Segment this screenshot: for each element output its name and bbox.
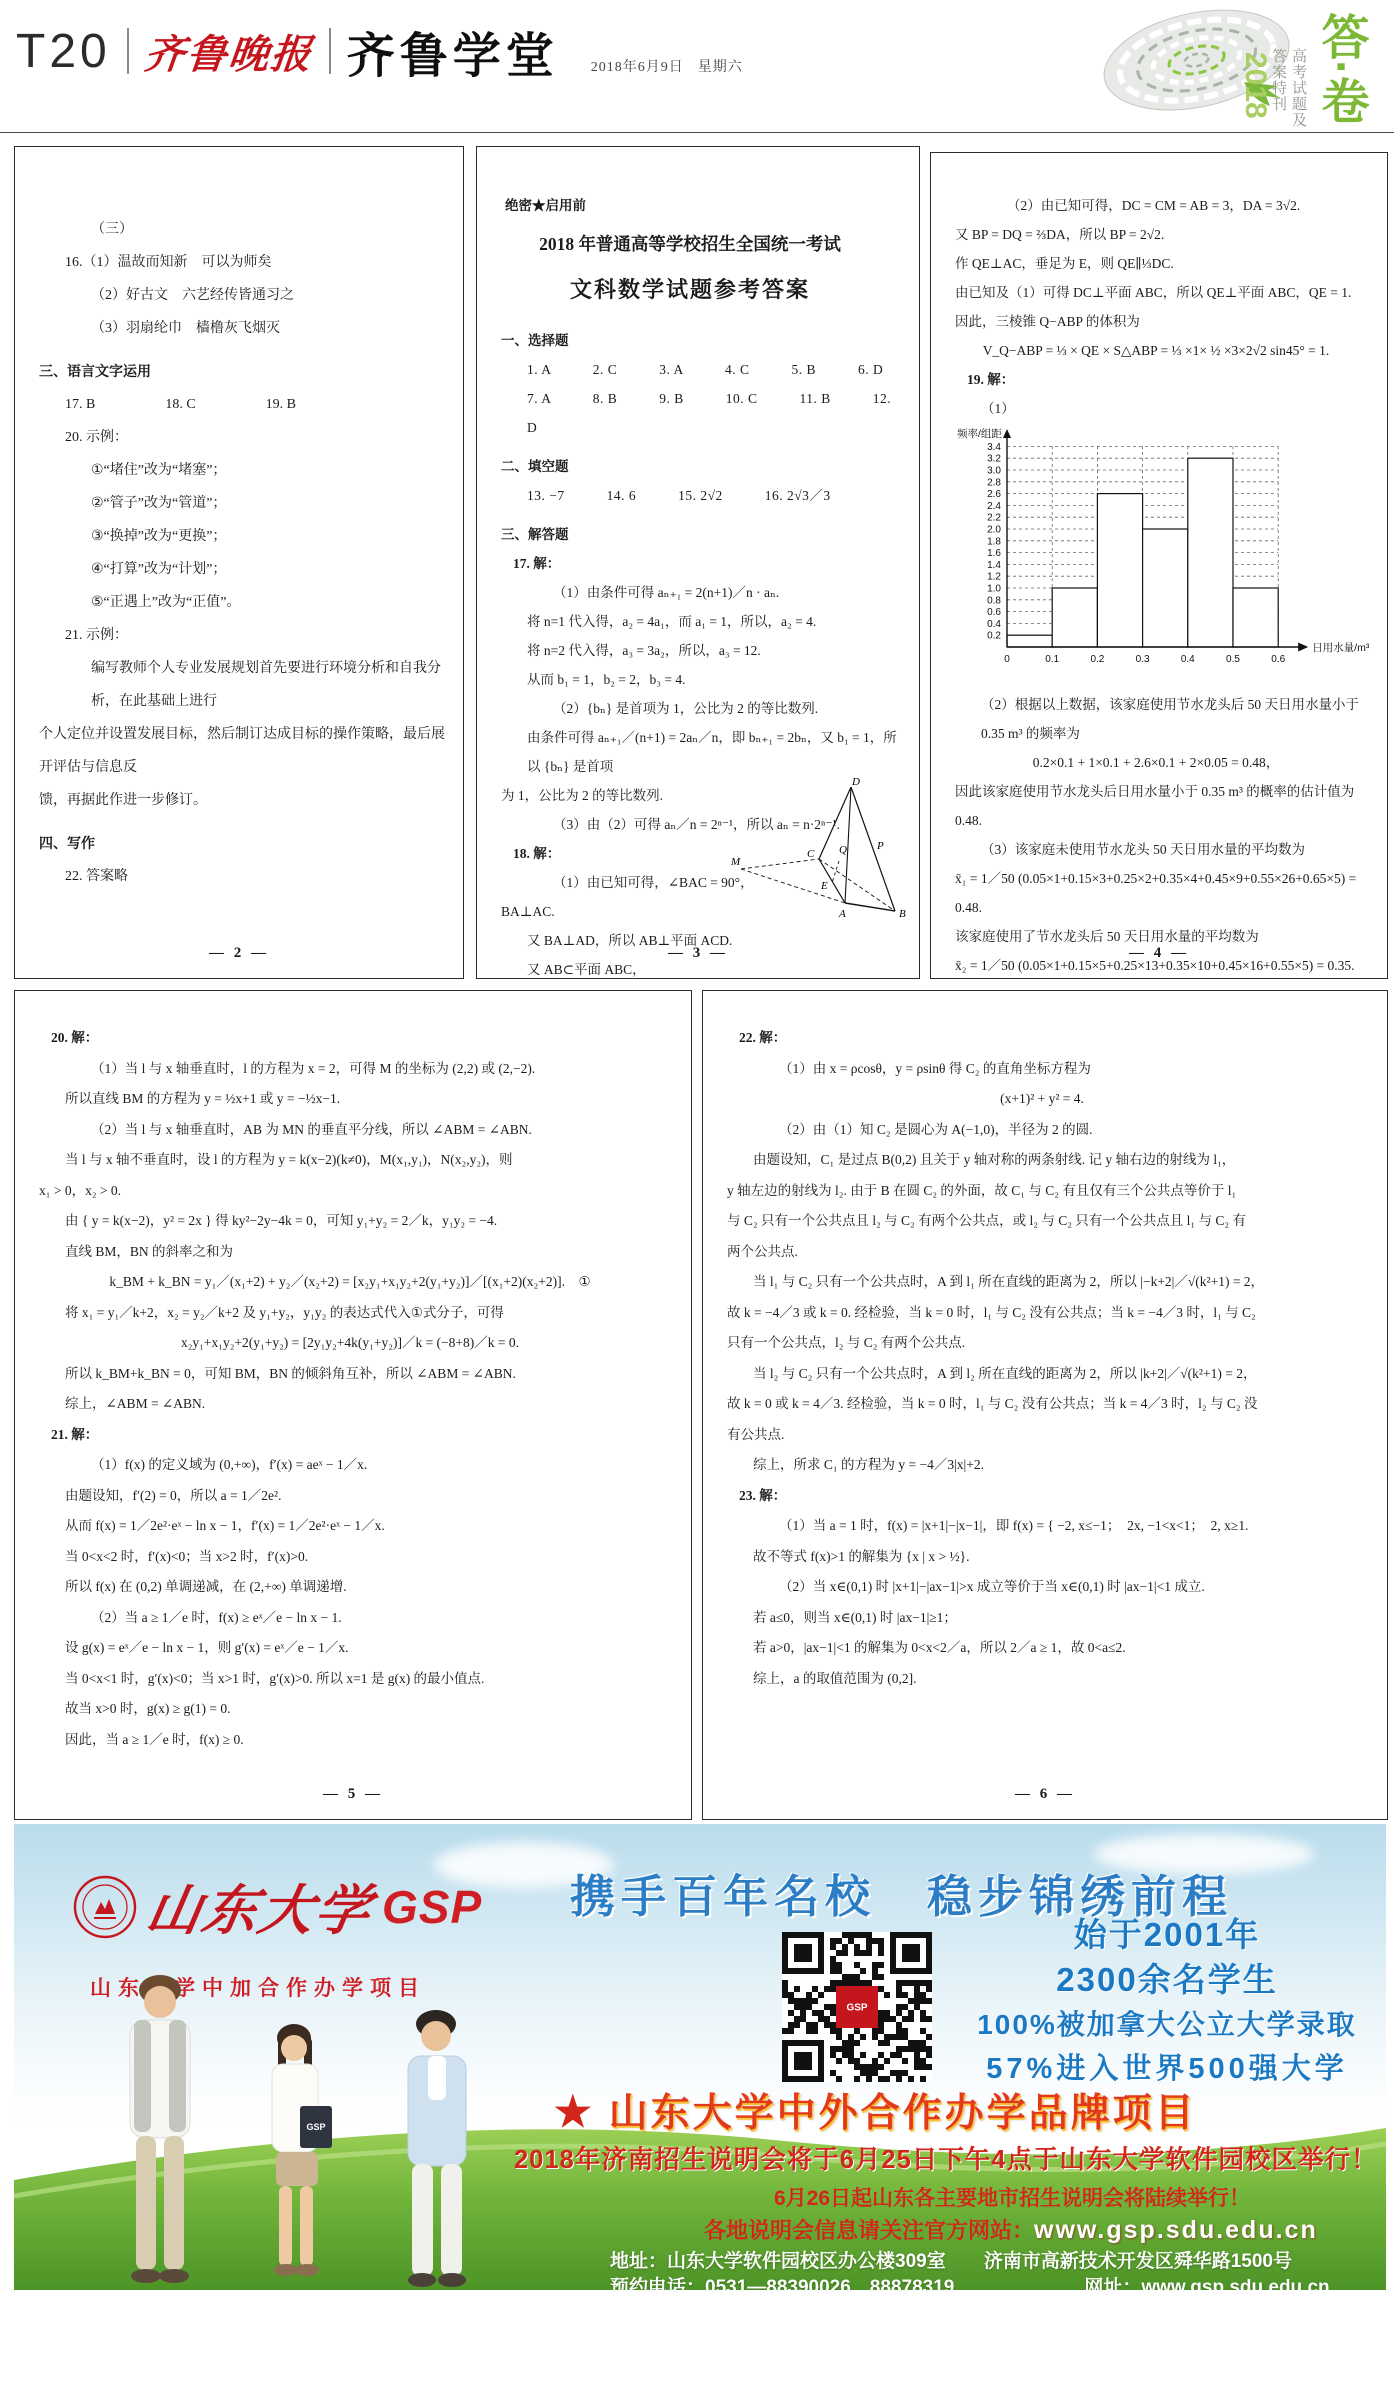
svg-text:0.4: 0.4 <box>1181 654 1195 665</box>
text-line: 只有一个公共点，l₂ 与 C₂ 有两个公共点. <box>703 1328 1387 1359</box>
svg-text:0.6: 0.6 <box>987 607 1001 618</box>
text-line: 由题设知，f′(2) = 0，所以 a = 1／2e². <box>15 1481 691 1512</box>
text-line: （2）根据以上数据，该家庭使用节水龙头后 50 天日用水量小于 0.35 m³ … <box>931 690 1387 748</box>
text-line: k_BM + k_BN = y₁／(x₁+2) + y₂／(x₂+2) = [x… <box>15 1267 691 1298</box>
text-line: 综上，∠ABM = ∠ABN. <box>15 1389 691 1420</box>
text-line: 13. −7 14. 6 15. 2√2 16. 2√3／3 <box>477 481 919 510</box>
text-line: 由条件可得 aₙ₊₁／(n+1) = 2aₙ／n，即 bₙ₊₁ = 2bₙ，又 … <box>477 723 919 781</box>
text-line: ④“打算”改为“计划”； <box>15 553 463 586</box>
text-line: 综上，所求 C₁ 的方程为 y = −4／3|x|+2. <box>703 1450 1387 1481</box>
text-line: 馈，再据此作进一步修订。 <box>15 784 463 817</box>
list-item: 始于2001年 <box>942 1912 1386 1957</box>
page-4-content: （2）由已知可得，DC = CM = AB = 3，DA = 3√2.又 BP … <box>931 153 1387 979</box>
text-line: （2）由（1）知 C₂ 是圆心为 A(−1,0)，半径为 2 的圆. <box>703 1115 1387 1146</box>
text-line: 20. 示例： <box>15 421 463 454</box>
web-url[interactable]: www.gsp.sdu.edu.cn <box>1141 2277 1329 2290</box>
text-line: 将 n=2 代入得，a₃ = 3a₂，所以，a₃ = 12. <box>477 636 919 665</box>
svg-text:0.6: 0.6 <box>1271 654 1285 665</box>
svg-text:1.0: 1.0 <box>987 584 1001 595</box>
text-line: 文科数学试题参考答案 <box>477 264 919 316</box>
text-line: 故 k = −4／3 或 k = 0. 经检验，当 k = 0 时，l₁ 与 C… <box>703 1298 1387 1329</box>
svg-text:3.2: 3.2 <box>987 454 1001 465</box>
text-line: （三） <box>15 213 463 246</box>
page-6-content: 22. 解：（1）由 x = ρcosθ，y = ρsinθ 得 C₂ 的直角坐… <box>703 991 1387 1694</box>
newspaper-brand: 齐鲁晚报 <box>142 23 316 80</box>
text-line: 因此，当 a ≥ 1／e 时，f(x) ≥ 0. <box>15 1725 691 1756</box>
arrow-icon <box>1244 82 1280 106</box>
university-seal-icon <box>72 1874 138 1940</box>
text-line: 0.2×0.1 + 1×0.1 + 2.6×0.1 + 2×0.05 = 0.4… <box>931 748 1387 777</box>
page-number: — 6 — <box>703 1786 1387 1803</box>
text-line: 若 a>0，|ax−1|<1 的解集为 0<x<2／a，所以 2／a ≥ 1，故… <box>703 1633 1387 1664</box>
header-rule <box>0 132 1394 133</box>
svg-text:0.1: 0.1 <box>1045 654 1059 665</box>
text-line: （1）当 a = 1 时，f(x) = |x+1|−|x−1|，即 f(x) =… <box>703 1511 1387 1542</box>
histogram-wrap: 0.20.40.60.81.01.21.41.61.82.02.22.42.62… <box>931 423 1387 690</box>
text-line: 从而 f(x) = 1／2e²·eˣ − ln x − 1，f′(x) = 1／… <box>15 1511 691 1542</box>
text-line: 7. A 8. B 9. B 10. C 11. B 12. D <box>477 384 919 442</box>
text-line: （2）好古文 六艺经传皆通习之 <box>15 279 463 312</box>
text-line: （2）{bₙ} 是首项为 1，公比为 2 的等比数列. <box>477 694 919 723</box>
issue-date: 2018年6月9日星期六 <box>591 56 757 88</box>
text-line: （1） <box>931 394 1387 423</box>
text-line: 20. 解： <box>15 1023 691 1054</box>
svg-text:1.4: 1.4 <box>987 560 1001 571</box>
svg-text:Q: Q <box>839 844 847 856</box>
text-line: 当 l₂ 与 C₂ 只有一个公共点时，A 到 l₂ 所在直线的距离为 2，所以 … <box>703 1359 1387 1390</box>
text-line: 当 l₁ 与 C₂ 只有一个公共点时，A 到 l₁ 所在直线的距离为 2，所以 … <box>703 1267 1387 1298</box>
text-line: y 轴左边的射线为 l₂. 由于 B 在圆 C₂ 的外面，故 C₁ 与 C₂ 有… <box>703 1176 1387 1207</box>
masthead: T20 齐鲁晚报 齐鲁学堂 2018年6月9日星期六 <box>16 14 757 88</box>
text-line: x₂y₁+x₁y₂+2(y₁+y₂) = [2y₁y₂+4k(y₁+y₂)]／k… <box>15 1328 691 1359</box>
shandong-university-logo: 山东大学 GSP <box>72 1868 482 1945</box>
text-line: （1）由条件可得 aₙ₊₁ = 2(n+1)／n · aₙ. <box>477 578 919 607</box>
page-number: — 5 — <box>15 1786 691 1803</box>
logo-vertical-text: 高考试题及答案特刊 <box>1268 48 1308 136</box>
svg-text:0: 0 <box>1004 654 1010 665</box>
text-line: 绝密★启用前 <box>477 191 919 220</box>
brand-program-line: ★山东大学中外合作办学品牌项目 <box>554 2082 1386 2138</box>
text-line: 1. A 2. C 3. A 4. C 5. B 6. D <box>477 355 919 384</box>
svg-text:C: C <box>807 848 815 860</box>
text-line: 三、语言文字运用 <box>15 355 463 388</box>
weekday-text: 星期六 <box>698 60 743 75</box>
text-line: （2）当 x∈(0,1) 时 |x+1|−|ax−1|>x 成立等价于当 x∈(… <box>703 1572 1387 1603</box>
tetrahedron-figure: D C Q M E A B P <box>731 775 911 947</box>
text-line: 将 n=1 代入得，a₂ = 4a₁，而 a₁ = 1，所以，a₂ = 4. <box>477 607 919 636</box>
text-line: 23. 解： <box>703 1481 1387 1512</box>
text-line: 编写教师个人专业发展规划首先要进行环境分析和自我分析，在此基础上进行 <box>15 652 463 718</box>
text-line: 17. 解： <box>477 549 919 578</box>
text-line: V_Q−ABP = ⅓ × QE × S△ABP = ⅓ ×1× ½ ×3×2√… <box>931 336 1387 365</box>
web-label: 网址： <box>1084 2277 1141 2290</box>
svg-text:2.6: 2.6 <box>987 489 1001 500</box>
text-line: ⑤“正遇上”改为“正值”。 <box>15 586 463 619</box>
text-line: 所以 f(x) 在 (0,2) 单调递减，在 (2,+∞) 单调递增. <box>15 1572 691 1603</box>
text-line: （2）当 a ≥ 1／e 时，f(x) ≥ eˣ／e − ln x − 1. <box>15 1603 691 1634</box>
official-website-line: 各地说明会信息请关注官方网站：www.gsp.sdu.edu.cn <box>704 2214 1386 2245</box>
students-photo: GSP <box>38 1964 548 2290</box>
svg-text:A: A <box>838 908 846 920</box>
page-4-text-top: （2）由已知可得，DC = CM = AB = 3，DA = 3√2.又 BP … <box>931 191 1387 423</box>
text-line: 所以 k_BM+k_BN = 0，可知 BM，BN 的倾斜角互补，所以 ∠ABM… <box>15 1359 691 1390</box>
text-line: 19. 解： <box>931 365 1387 394</box>
text-line: （1）由 x = ρcosθ，y = ρsinθ 得 C₂ 的直角坐标方程为 <box>703 1054 1387 1085</box>
page-6-panel: 22. 解：（1）由 x = ρcosθ，y = ρsinθ 得 C₂ 的直角坐… <box>702 990 1388 1820</box>
text-line: x̄₁ = 1／50 (0.05×1+0.15×3+0.25×2+0.35×4+… <box>931 864 1387 922</box>
text-line: 因此，三棱锥 Q−ABP 的体积为 <box>931 307 1387 336</box>
page-5-panel: 20. 解：（1）当 l 与 x 轴垂直时，l 的方程为 x = 2，可得 M … <box>14 990 692 1820</box>
svg-text:B: B <box>899 908 906 920</box>
text-line: 有公共点. <box>703 1420 1387 1451</box>
admission-notice-primary: 2018年济南招生说明会将于6月25日下午4点于山东大学软件园校区举行！ <box>514 2140 1386 2176</box>
divider <box>329 28 331 74</box>
web-line: 网址：www.gsp.sdu.edu.cn <box>1084 2272 1329 2290</box>
svg-text:0.8: 0.8 <box>987 595 1001 606</box>
logo-title: 答·卷 <box>1314 12 1366 162</box>
text-line: 三、解答题 <box>477 520 919 549</box>
svg-text:0.2: 0.2 <box>987 631 1001 642</box>
text-line: 个人定位并设置发展目标，然后制订达成目标的操作策略，最后展开评估与信息反 <box>15 718 463 784</box>
maze-graphic <box>1092 2 1302 122</box>
text-line: 一、选择题 <box>477 326 919 355</box>
text-line: （3）该家庭未使用节水龙头 50 天日用水量的平均数为 <box>931 835 1387 864</box>
svg-text:0.4: 0.4 <box>987 619 1001 630</box>
logo-year: 2018 <box>1238 52 1272 144</box>
date-text: 2018年6月9日 <box>591 60 684 75</box>
text-line: 21. 示例： <box>15 619 463 652</box>
svg-text:0.3: 0.3 <box>1136 654 1150 665</box>
ad-footer: 预约电话：0531—88390026 88878319 网址：www.gsp.s… <box>610 2272 1386 2290</box>
address-line: 地址：山东大学软件园校区办公楼309室 济南市高新技术开发区舜华路1500号 <box>610 2246 1386 2273</box>
svg-text:频率/组距: 频率/组距 <box>957 427 1002 440</box>
advertisement: 山东大学 GSP 山东大学中加合作办学项目 携手百年名校 稳步锦绣前程 GSP … <box>14 1824 1386 2290</box>
svg-text:3.0: 3.0 <box>987 466 1001 477</box>
text-line: 22. 答案略 <box>15 860 463 893</box>
text-line: 因此该家庭使用节水龙头后日用水量小于 0.35 m³ 的概率的估计值为 0.48… <box>931 777 1387 835</box>
frequency-histogram: 0.20.40.60.81.01.21.41.61.82.02.22.42.62… <box>949 425 1373 679</box>
svg-text:P: P <box>876 840 884 852</box>
page-5-content: 20. 解：（1）当 l 与 x 轴垂直时，l 的方程为 x = 2，可得 M … <box>15 991 691 1755</box>
svg-text:M: M <box>731 856 741 868</box>
page-3-panel: 绝密★启用前2018 年普通高等学校招生全国统一考试文科数学试题参考答案一、选择… <box>476 146 920 979</box>
page-4-panel: （2）由已知可得，DC = CM = AB = 3，DA = 3√2.又 BP … <box>930 152 1388 979</box>
admission-notice-secondary: 6月26日起山东各主要地市招生说明会将陆续举行！ <box>774 2182 1386 2212</box>
text-line: 所以直线 BM 的方程为 y = ½x+1 或 y = −½x−1. <box>15 1084 691 1115</box>
text-line: 二、填空题 <box>477 452 919 481</box>
website-label: 各地说明会信息请关注官方网站： <box>704 2218 1034 2243</box>
page-code: T20 <box>16 24 111 79</box>
svg-text:D: D <box>851 776 860 788</box>
text-line: 22. 解： <box>703 1023 1387 1054</box>
text-line: ②“管子”改为“管道”； <box>15 487 463 520</box>
text-line: 2018 年普通高等学校招生全国统一考试 <box>477 224 919 264</box>
text-line: 从而 b₁ = 1，b₂ = 2，b₃ = 4. <box>477 665 919 694</box>
svg-text:1.8: 1.8 <box>987 536 1001 547</box>
special-issue-logo: 2018 高考试题及答案特刊 答·卷 <box>1092 0 1394 168</box>
svg-text:2.8: 2.8 <box>987 477 1001 488</box>
qr-code: GSP <box>782 1932 932 2087</box>
text-line: ③“换掉”改为“更换”； <box>15 520 463 553</box>
text-line: （1）当 l 与 x 轴垂直时，l 的方程为 x = 2，可得 M 的坐标为 (… <box>15 1054 691 1085</box>
svg-text:2.2: 2.2 <box>987 513 1001 524</box>
svg-text:GSP: GSP <box>306 2122 325 2132</box>
page-2-panel: （三）16.（1）温故而知新 可以为师矣（2）好古文 六艺经传皆通习之（3）羽扇… <box>14 146 464 979</box>
svg-text:1.6: 1.6 <box>987 548 1001 559</box>
phone-line: 预约电话：0531—88390026 88878319 <box>610 2272 954 2290</box>
svg-text:2.4: 2.4 <box>987 501 1001 512</box>
qr-pattern: GSP <box>782 1932 932 2082</box>
gsp-logo-text: GSP <box>382 1880 482 1934</box>
text-line: 又 BP = DQ = ⅔DA，所以 BP = 2√2. <box>931 220 1387 249</box>
text-line: 两个公共点. <box>703 1237 1387 1268</box>
page-number: — 4 — <box>931 945 1387 962</box>
text-line: x₁ > 0，x₂ > 0. <box>15 1176 691 1207</box>
svg-text:GSP: GSP <box>846 2003 867 2014</box>
university-name: 山东大学 <box>141 1868 379 1945</box>
website-url[interactable]: www.gsp.sdu.edu.cn <box>1034 2216 1318 2244</box>
page-4-text-bottom: （2）根据以上数据，该家庭使用节水龙头后 50 天日用水量小于 0.35 m³ … <box>931 690 1387 979</box>
ad-statistics: 始于2001年2300余名学生100%被加拿大公立大学录取57%进入世界500强… <box>942 1912 1386 2092</box>
svg-text:0.2: 0.2 <box>1090 654 1104 665</box>
page-2-content: （三）16.（1）温故而知新 可以为师矣（2）好古文 六艺经传皆通习之（3）羽扇… <box>15 147 463 893</box>
text-line: 故当 x>0 时，g(x) ≥ g(1) = 0. <box>15 1694 691 1725</box>
svg-text:E: E <box>820 880 828 892</box>
svg-text:1.2: 1.2 <box>987 572 1001 583</box>
svg-text:0.5: 0.5 <box>1226 654 1240 665</box>
text-line: 当 0<x<1 时，g′(x)<0；当 x>1 时，g′(x)>0. 所以 x=… <box>15 1664 691 1695</box>
text-line: 故 k = 0 或 k = 4／3. 经检验，当 k = 0 时，l₁ 与 C₂… <box>703 1389 1387 1420</box>
svg-text:日用水量/m³: 日用水量/m³ <box>1312 641 1370 654</box>
text-line: 综上，a 的取值范围为 (0,2]. <box>703 1664 1387 1695</box>
text-line: (x+1)² + y² = 4. <box>703 1084 1387 1115</box>
text-line: （2）当 l 与 x 轴垂直时，AB 为 MN 的垂直平分线，所以 ∠ABM =… <box>15 1115 691 1146</box>
section-title: 齐鲁学堂 <box>347 17 559 86</box>
text-line: ①“堵住”改为“堵塞”； <box>15 454 463 487</box>
text-line: （3）羽扇纶巾 樯橹灰飞烟灭 <box>15 312 463 345</box>
list-item: 2300余名学生 <box>942 1957 1386 2002</box>
text-line: 直线 BM，BN 的斜率之和为 <box>15 1237 691 1268</box>
text-line: 作 QE⊥AC，垂足为 E，则 QE∥⅓DC. <box>931 249 1387 278</box>
text-line: 若 a≤0，则当 x∈(0,1) 时 |ax−1|≥1； <box>703 1603 1387 1634</box>
page-number: — 2 — <box>15 945 463 962</box>
text-line: （1）f(x) 的定义域为 (0,+∞)，f′(x) = aeˣ − 1／x. <box>15 1450 691 1481</box>
text-line: 故不等式 f(x)>1 的解集为 {x | x > ½}. <box>703 1542 1387 1573</box>
text-line: 17. B 18. C 19. B <box>15 388 463 421</box>
text-line: 与 C₂ 只有一个公共点且 l₂ 与 C₂ 有两个公共点，或 l₂ 与 C₂ 只… <box>703 1206 1387 1237</box>
text-line: 16.（1）温故而知新 可以为师矣 <box>15 246 463 279</box>
svg-text:3.4: 3.4 <box>987 442 1001 453</box>
list-item: 100%被加拿大公立大学录取 <box>942 2002 1386 2047</box>
page-number: — 3 — <box>477 945 919 962</box>
text-line: 21. 解： <box>15 1420 691 1451</box>
text-line: 当 l 与 x 轴不垂直时，设 l 的方程为 y = k(x−2)(k≠0)，M… <box>15 1145 691 1176</box>
text-line: 由已知及（1）可得 DC⊥平面 ABC，所以 QE⊥平面 ABC，QE = 1. <box>931 278 1387 307</box>
text-line: 四、写作 <box>15 827 463 860</box>
text-line: 由题设知，C₁ 是过点 B(0,2) 且关于 y 轴对称的两条射线. 记 y 轴… <box>703 1145 1387 1176</box>
text-line: 由 { y = k(x−2)，y² = 2x } 得 ky²−2y−4k = 0… <box>15 1206 691 1237</box>
svg-text:2.0: 2.0 <box>987 525 1001 536</box>
brand-text: 山东大学中外合作办学品牌项目 <box>609 2092 1197 2135</box>
divider <box>127 28 129 74</box>
text-line: 将 x₁ = y₁／k+2，x₂ = y₂／k+2 及 y₁+y₂，y₁y₂ 的… <box>15 1298 691 1329</box>
text-line: （2）由已知可得，DC = CM = AB = 3，DA = 3√2. <box>931 191 1387 220</box>
text-line: 当 0<x<2 时，f′(x)<0；当 x>2 时，f′(x)>0. <box>15 1542 691 1573</box>
text-line: 设 g(x) = eˣ／e − ln x − 1，则 g′(x) = eˣ／e … <box>15 1633 691 1664</box>
star-icon: ★ <box>554 2088 595 2135</box>
